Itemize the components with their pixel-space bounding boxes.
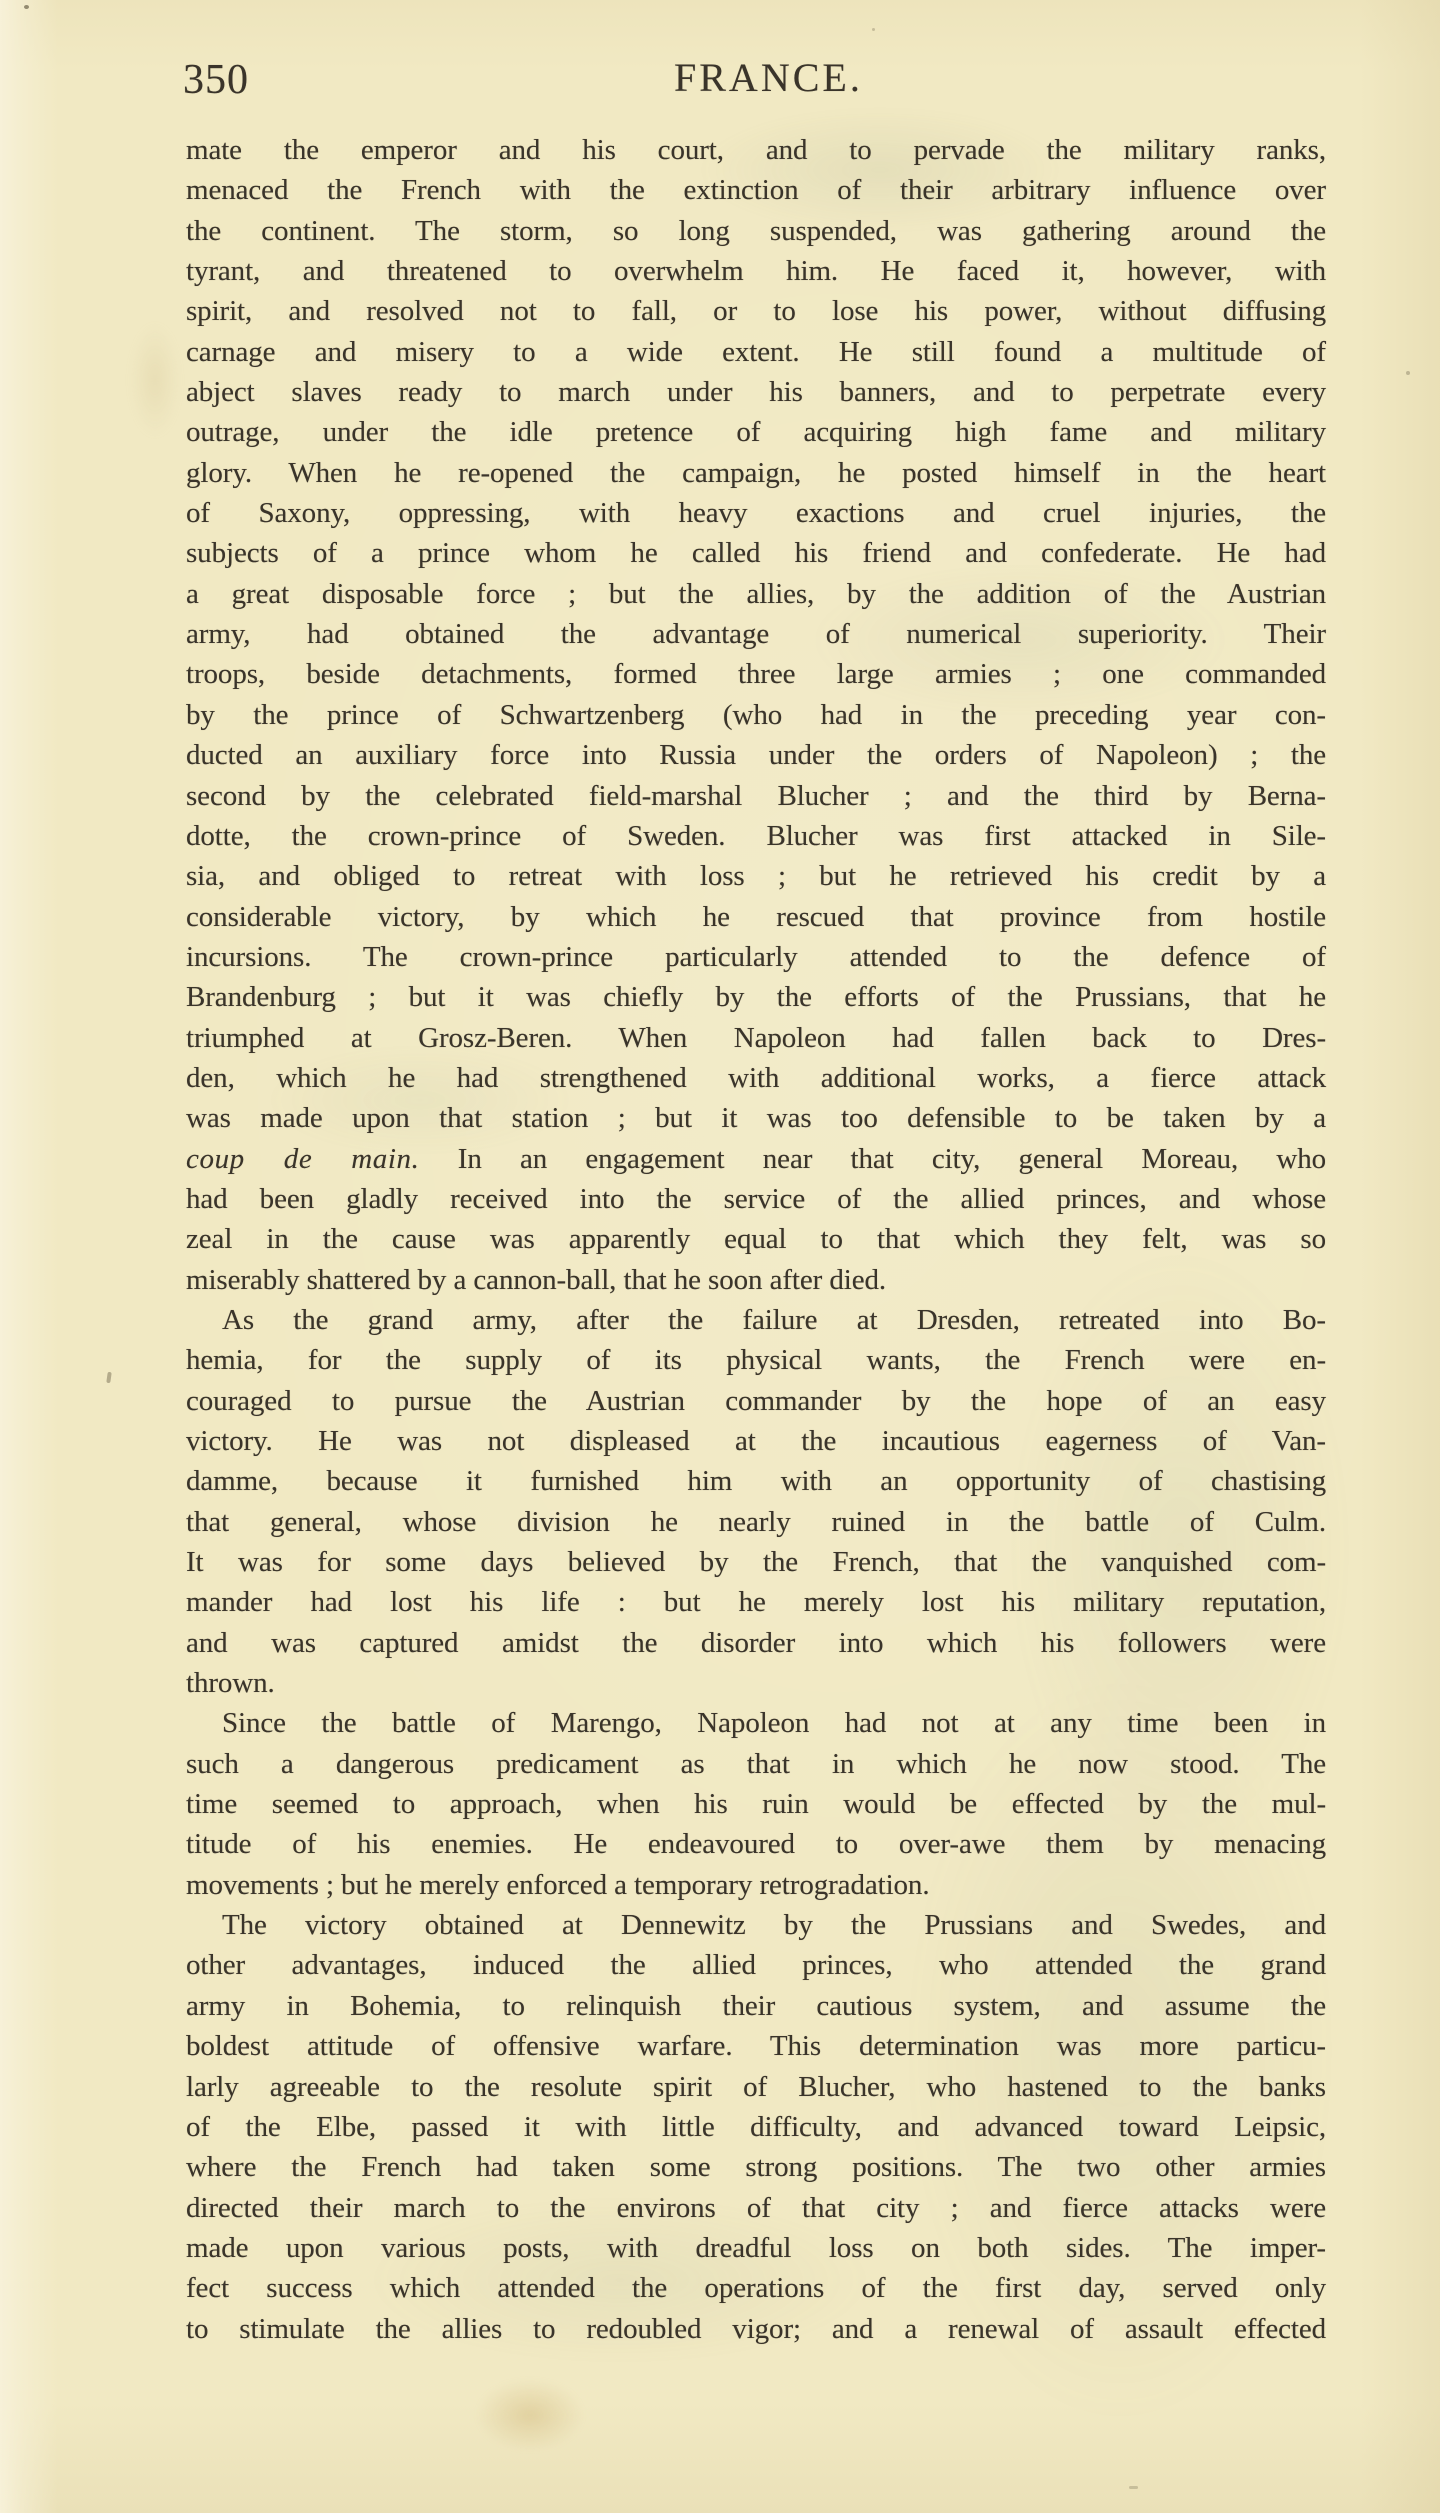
text-line: directed their march to the environs of … (186, 2188, 1326, 2228)
paper-speck (1129, 2486, 1138, 2489)
paper-stain (455, 2365, 605, 2465)
text-line: had been gladly received into the servic… (186, 1179, 1326, 1219)
text-line: triumphed at Grosz-Beren. When Napoleon … (186, 1018, 1326, 1058)
text-line: and was captured amidst the disorder int… (186, 1623, 1326, 1663)
text-line: was made upon that station ; but it was … (186, 1098, 1326, 1138)
text-line: mander had lost his life : but he merely… (186, 1582, 1326, 1622)
text-line: where the French had taken some strong p… (186, 2147, 1326, 2187)
text-line: carnage and misery to a wide extent. He … (186, 332, 1326, 372)
text-line: coup de main. In an engagement near that… (186, 1139, 1326, 1179)
book-page: 350 FRANCE. mate the emperor and his cou… (0, 0, 1440, 2513)
text-line: made upon various posts, with dreadful l… (186, 2228, 1326, 2268)
text-line: by the prince of Schwartzenberg (who had… (186, 695, 1326, 735)
text-line: a great disposable force ; but the allie… (186, 574, 1326, 614)
text-line: menaced the French with the extinction o… (186, 170, 1326, 210)
running-head-title: FRANCE. (674, 54, 863, 101)
text-line: titude of his enemies. He endeavoured to… (186, 1824, 1326, 1864)
text-line: army in Bohemia, to relinquish their cau… (186, 1986, 1326, 2026)
text-line: fect success which attended the operatio… (186, 2268, 1326, 2308)
text-line: The victory obtained at Dennewitz by the… (186, 1905, 1326, 1945)
text-line: time seemed to approach, when his ruin w… (186, 1784, 1326, 1824)
text-line: second by the celebrated field-marshal B… (186, 776, 1326, 816)
text-line: Since the battle of Marengo, Napoleon ha… (186, 1703, 1326, 1743)
text-line: outrage, under the idle pretence of acqu… (186, 412, 1326, 452)
text-line: ducted an auxiliary force into Russia un… (186, 735, 1326, 775)
text-line: subjects of a prince whom he called his … (186, 533, 1326, 573)
text-line: of Saxony, oppressing, with heavy exacti… (186, 493, 1326, 533)
text-line: other advantages, induced the allied pri… (186, 1945, 1326, 1985)
text-line: As the grand army, after the failure at … (186, 1300, 1326, 1340)
paper-speck (24, 5, 29, 9)
paper-speck (1406, 371, 1410, 375)
text-line: such a dangerous predicament as that in … (186, 1744, 1326, 1784)
text-line: miserably shattered by a cannon-ball, th… (186, 1260, 1326, 1300)
text-line: of the Elbe, passed it with little diffi… (186, 2107, 1326, 2147)
text-line: larly agreeable to the resolute spirit o… (186, 2067, 1326, 2107)
paper-speck (106, 1372, 111, 1383)
text-line: that general, whose division he nearly r… (186, 1502, 1326, 1542)
text-line: incursions. The crown-prince particularl… (186, 937, 1326, 977)
text-line: boldest attitude of offensive warfare. T… (186, 2026, 1326, 2066)
text-line: dotte, the crown-prince of Sweden. Bluch… (186, 816, 1326, 856)
text-line: hemia, for the supply of its physical wa… (186, 1340, 1326, 1380)
text-line: tyrant, and threatened to overwhelm him.… (186, 251, 1326, 291)
text-line: It was for some days believed by the Fre… (186, 1542, 1326, 1582)
page-body: mate the emperor and his court, and to p… (186, 130, 1326, 2349)
text-line: victory. He was not displeased at the in… (186, 1421, 1326, 1461)
text-line: abject slaves ready to march under his b… (186, 372, 1326, 412)
text-line: thrown. (186, 1663, 1326, 1703)
text-line: the continent. The storm, so long suspen… (186, 211, 1326, 251)
text-line: glory. When he re-opened the campaign, h… (186, 453, 1326, 493)
text-line: to stimulate the allies to redoubled vig… (186, 2309, 1326, 2349)
text-line: spirit, and resolved not to fall, or to … (186, 291, 1326, 331)
paper-speck (872, 28, 875, 31)
text-line: den, which he had strengthened with addi… (186, 1058, 1326, 1098)
text-line: sia, and obliged to retreat with loss ; … (186, 856, 1326, 896)
text-line: troops, beside detachments, formed three… (186, 654, 1326, 694)
text-line: couraged to pursue the Austrian commande… (186, 1381, 1326, 1421)
text-line: considerable victory, by which he rescue… (186, 897, 1326, 937)
text-line: mate the emperor and his court, and to p… (186, 130, 1326, 170)
text-line: army, had obtained the advantage of nume… (186, 614, 1326, 654)
page-number: 350 (183, 56, 249, 104)
text-line: Brandenburg ; but it was chiefly by the … (186, 977, 1326, 1017)
text-line: zeal in the cause was apparently equal t… (186, 1219, 1326, 1259)
text-line: movements ; but he merely enforced a tem… (186, 1865, 1326, 1905)
text-line: damme, because it furnished him with an … (186, 1461, 1326, 1501)
paper-stain (120, 300, 190, 460)
